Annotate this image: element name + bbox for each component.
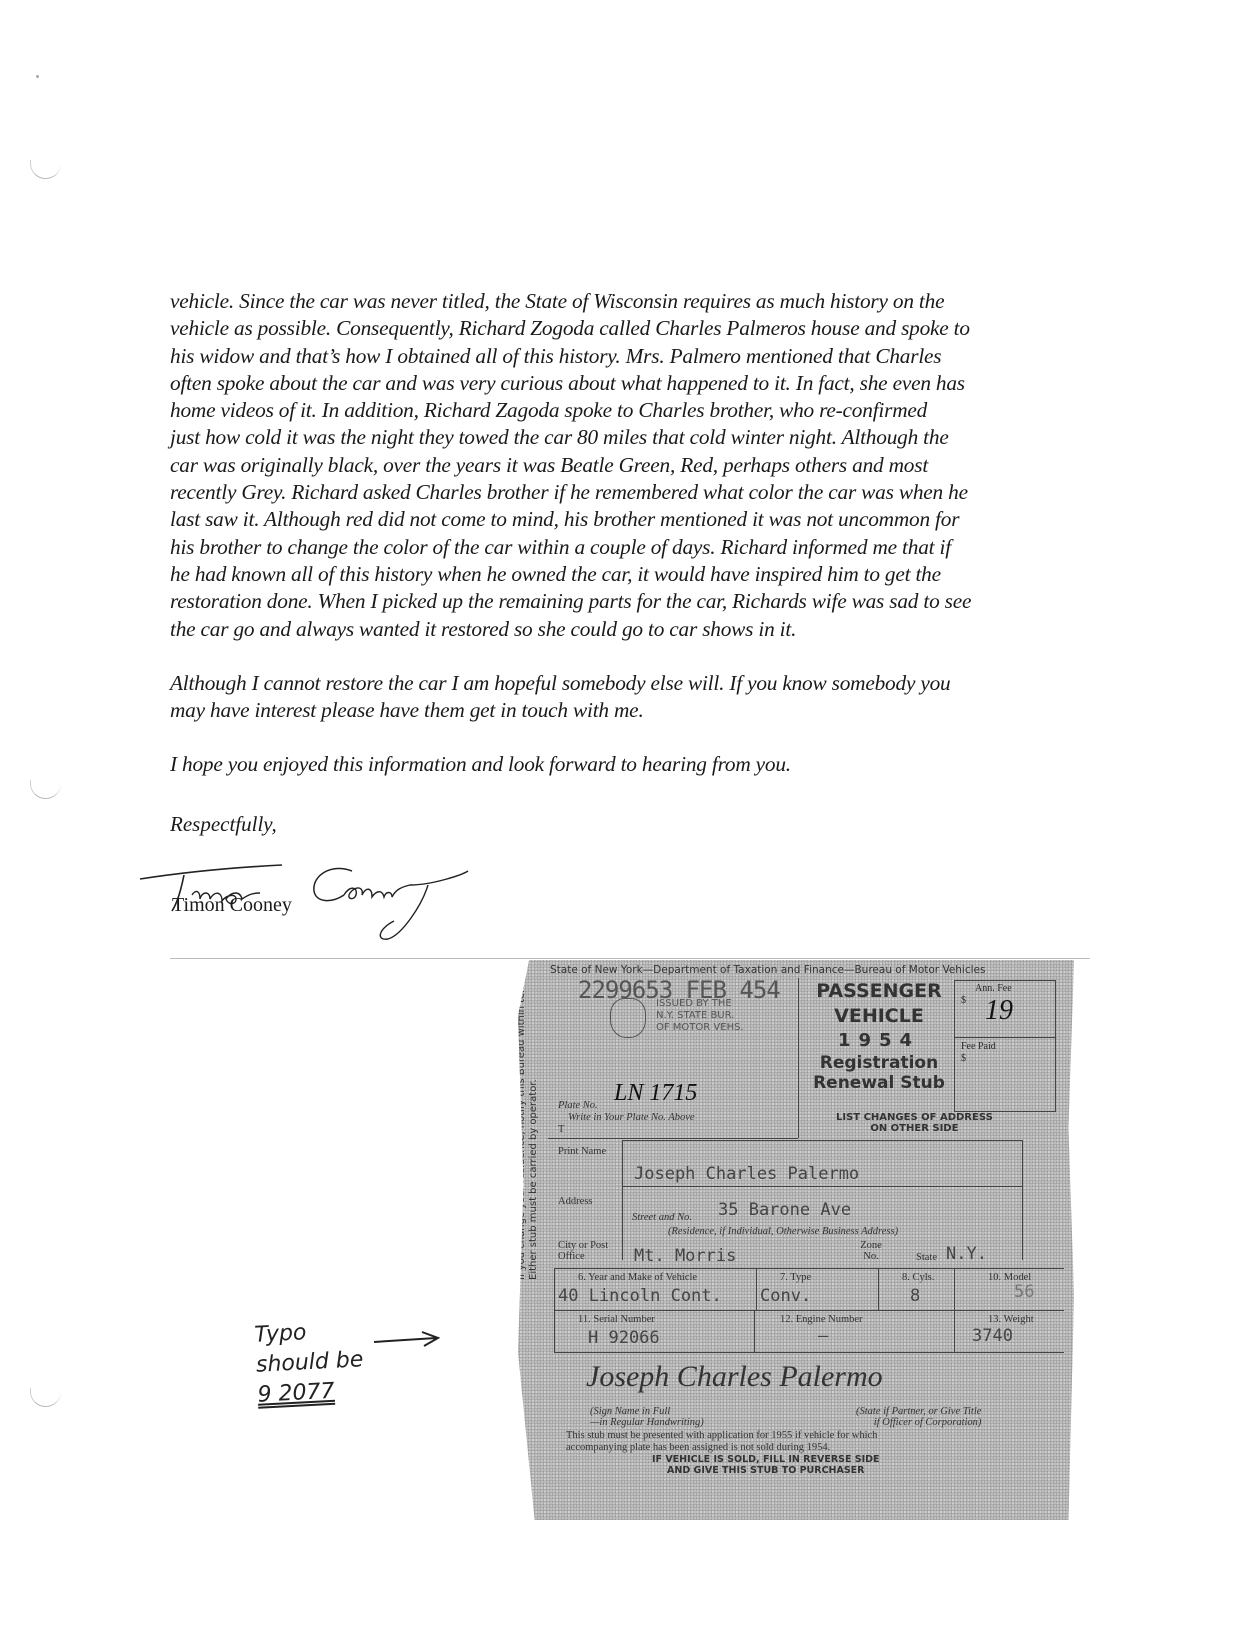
issued-line: ISSUED BY THE: [656, 998, 744, 1010]
state-label: State: [916, 1252, 937, 1263]
binder-hole-mark: [30, 780, 61, 799]
engine-number-label: 12. Engine Number: [780, 1314, 863, 1325]
letter-closing: Respectfully,: [170, 812, 277, 837]
note-line: AND GIVE THIS STUB TO PURCHASER: [652, 1465, 880, 1476]
sign-note-left: (Sign Name in Full —in Regular Handwriti…: [590, 1406, 704, 1428]
binder-hole-mark: [30, 1388, 61, 1407]
engine-number-value: —: [818, 1326, 828, 1346]
stub-header: State of New York—Department of Taxation…: [550, 964, 985, 976]
print-name-label: Print Name: [558, 1146, 618, 1157]
cyls-label: 8. Cyls.: [902, 1272, 934, 1283]
letter-line: he had known all of this history when he…: [170, 561, 1120, 588]
letter-line: may have interest please have them get i…: [170, 697, 1120, 724]
street-label: Street and No.: [632, 1212, 692, 1223]
list-changes-note: LIST CHANGES OF ADDRESS ON OTHER SIDE: [836, 1112, 993, 1134]
letter-paragraph: Although I cannot restore the car I am h…: [170, 670, 1120, 725]
note-line: ON OTHER SIDE: [836, 1123, 993, 1134]
letter-paragraph: I hope you enjoyed this information and …: [170, 751, 1120, 778]
note-line: LIST CHANGES OF ADDRESS: [836, 1112, 993, 1123]
letter-line: his brother to change the color of the c…: [170, 534, 1120, 561]
note-line: (Sign Name in Full: [590, 1406, 704, 1417]
note-line: if Officer of Corporation): [856, 1417, 981, 1428]
year-make-label: 6. Year and Make of Vehicle: [578, 1272, 697, 1283]
plate-number: LN 1715: [614, 1080, 697, 1107]
weight-value: 3740: [972, 1326, 1013, 1346]
residence-note: (Residence, if Individual, Otherwise Bus…: [668, 1226, 898, 1237]
side-line: If you change your residence, notify thi…: [516, 956, 528, 1280]
city-label: City or Post Office: [558, 1240, 622, 1262]
serial-number-label: 11. Serial Number: [578, 1314, 655, 1325]
ann-fee-label: Ann. Fee: [975, 983, 1012, 994]
fee-box: Ann. Fee $ 19 Fee Paid $: [954, 980, 1056, 1112]
model-value: 56: [1014, 1282, 1034, 1302]
side-instructions: If you change your residence, notify thi…: [516, 956, 540, 1280]
annotation-line: 9 2077: [257, 1375, 366, 1411]
city-value: Mt. Morris: [634, 1246, 736, 1266]
annotation-line: should be: [255, 1345, 364, 1381]
divider: [170, 958, 1090, 959]
letter-line: restoration done. When I picked up the r…: [170, 588, 1120, 615]
title-year: 1954: [804, 1030, 954, 1051]
letter-paragraph: vehicle. Since the car was never titled,…: [170, 288, 1120, 643]
letter-line: last saw it. Although red did not come t…: [170, 506, 1120, 533]
weight-label: 13. Weight: [988, 1314, 1034, 1325]
binder-hole-mark: [30, 160, 61, 179]
owner-name: Joseph Charles Palermo: [634, 1164, 859, 1184]
title-line: VEHICLE: [804, 1005, 954, 1027]
note-line: (State if Partner, or Give Title: [856, 1406, 981, 1417]
state-value: N.Y.: [946, 1244, 987, 1264]
letter-line: the car go and always wanted it restored…: [170, 616, 1120, 643]
cyls-value: 8: [910, 1286, 920, 1306]
letter-body: vehicle. Since the car was never titled,…: [170, 288, 1120, 806]
letter-line: vehicle. Since the car was never titled,…: [170, 288, 1120, 315]
letter-line: his widow and that’s how I obtained all …: [170, 343, 1120, 370]
plate-hint: Write in Your Plate No. Above: [568, 1112, 695, 1123]
state-seal-icon: [610, 998, 646, 1038]
title-line: Renewal Stub: [804, 1073, 954, 1093]
scan-speck: [36, 75, 39, 78]
stub-footer-caps: IF VEHICLE IS SOLD, FILL IN REVERSE SIDE…: [652, 1454, 880, 1476]
plate-label: Plate No.: [558, 1100, 598, 1111]
issued-line: N.Y. STATE BUR.: [656, 1010, 744, 1022]
registration-renewal-stub: State of New York—Department of Taxation…: [518, 960, 1074, 1520]
note-line: accompanying plate has been assigned is …: [566, 1442, 1066, 1454]
title-line: Registration: [804, 1053, 954, 1073]
issued-line: OF MOTOR VEHS.: [656, 1022, 744, 1034]
stub-title: PASSENGER VEHICLE 1954 Registration Rene…: [804, 980, 954, 1093]
title-line: PASSENGER: [804, 980, 954, 1002]
signer-name: Timon Cooney: [172, 894, 292, 917]
letter-line: Although I cannot restore the car I am h…: [170, 670, 1120, 697]
serial-number-value: H 92066: [588, 1328, 660, 1348]
note-line: This stub must be presented with applica…: [566, 1430, 1066, 1442]
issued-by: ISSUED BY THE N.Y. STATE BUR. OF MOTOR V…: [656, 998, 744, 1034]
letter-line: home videos of it. In addition, Richard …: [170, 397, 1120, 424]
side-line: Either stub must be carried by operator.: [528, 956, 540, 1280]
sign-note-right: (State if Partner, or Give Title if Offi…: [856, 1406, 981, 1428]
owner-signature: Joseph Charles Palermo: [586, 1360, 883, 1394]
currency: $: [961, 995, 966, 1006]
ann-fee-value: 19: [985, 995, 1013, 1027]
year-make-value: 40 Lincoln Cont.: [558, 1286, 722, 1306]
type-value: Conv.: [760, 1286, 811, 1306]
t-label: T: [558, 1124, 564, 1135]
fee-paid-label: Fee Paid: [961, 1041, 996, 1052]
handwritten-annotation: Typo should be 9 2077: [254, 1315, 366, 1410]
letter-line: just how cold it was the night they towe…: [170, 424, 1120, 451]
street-value: 35 Barone Ave: [718, 1200, 851, 1220]
stub-footer-note: This stub must be presented with applica…: [566, 1430, 1066, 1454]
note-line: —in Regular Handwriting): [590, 1417, 704, 1428]
letter-line: vehicle as possible. Consequently, Richa…: [170, 315, 1120, 342]
letter-line: often spoke about the car and was very c…: [170, 370, 1120, 397]
letter-line: I hope you enjoyed this information and …: [170, 751, 1120, 778]
letter-line: recently Grey. Richard asked Charles bro…: [170, 479, 1120, 506]
letter-line: car was originally black, over the years…: [170, 452, 1120, 479]
arrow-right-icon: [372, 1328, 442, 1352]
currency: $: [961, 1053, 966, 1064]
note-line: IF VEHICLE IS SOLD, FILL IN REVERSE SIDE: [652, 1454, 880, 1465]
zone-label: Zone No.: [854, 1240, 888, 1262]
address-label: Address: [558, 1196, 592, 1207]
type-label: 7. Type: [780, 1272, 811, 1283]
